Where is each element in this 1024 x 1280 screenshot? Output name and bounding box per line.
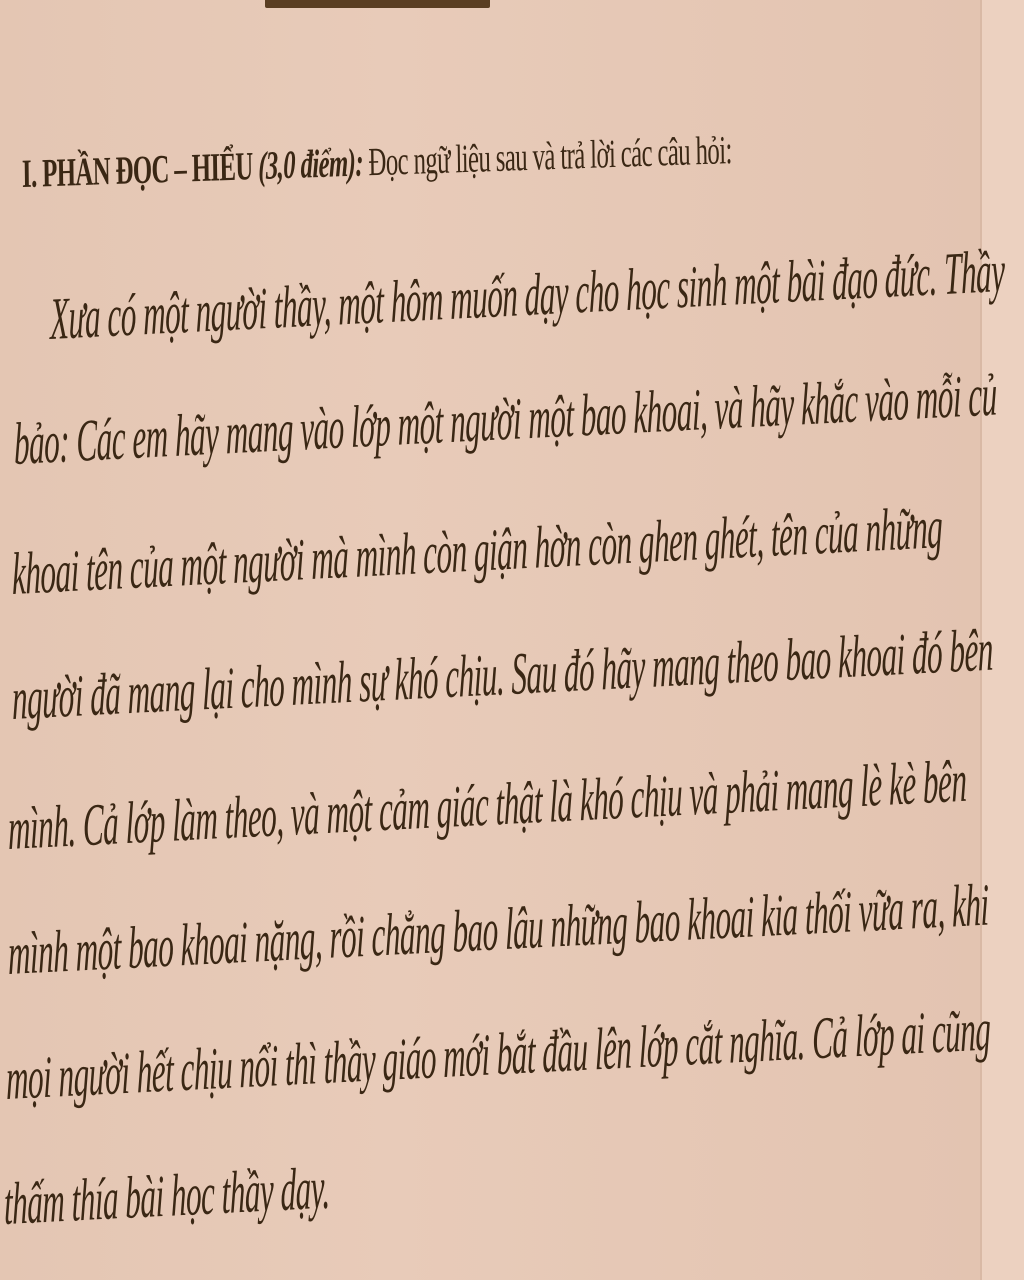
- section-title: I. PHẦN ĐỌC – HIỂU: [22, 143, 253, 196]
- section-points: (3,0 điểm):: [258, 139, 363, 188]
- header-bar: [265, 0, 490, 8]
